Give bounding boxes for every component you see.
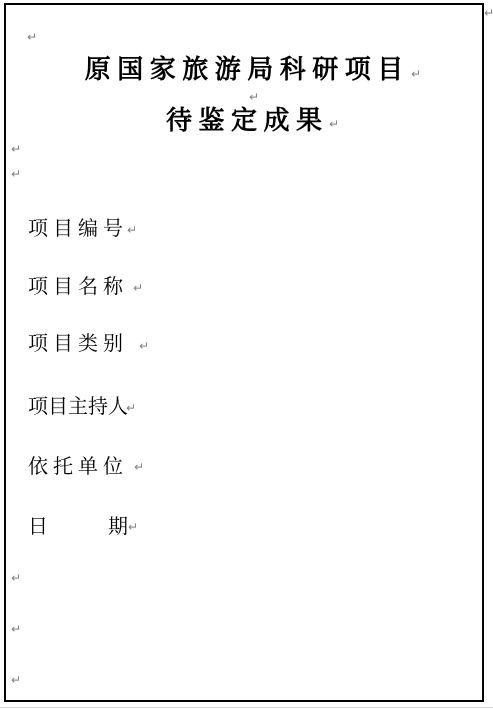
- paragraph-mark-icon: ↵: [139, 340, 149, 352]
- paragraph-mark-icon: ↵: [11, 623, 21, 635]
- field-label-project-name: 项 目 名 称: [28, 277, 123, 297]
- paragraph-mark-icon: ↵: [11, 572, 21, 584]
- paragraph-mark-icon: ↵: [484, 7, 493, 19]
- page-bottom-edge: [0, 707, 493, 708]
- paragraph-mark-icon: ↵: [27, 31, 37, 43]
- field-label-project-category: 项 目 类 别: [28, 334, 123, 354]
- document-title-line-2: 待 鉴 定 成 果: [4, 108, 484, 134]
- paragraph-mark-icon: ↵: [11, 143, 21, 155]
- field-label-date: 日 期: [28, 517, 128, 537]
- paragraph-mark-icon: ↵: [127, 224, 137, 236]
- paragraph-mark-icon: ↵: [329, 118, 339, 130]
- field-label-project-leader: 项目主持人: [28, 397, 128, 417]
- paragraph-mark-icon: ↵: [249, 91, 259, 103]
- field-label-supporting-unit: 依 托 单 位: [28, 457, 123, 477]
- paragraph-mark-icon: ↵: [11, 168, 21, 180]
- paragraph-mark-icon: ↵: [411, 68, 421, 80]
- paragraph-mark-icon: ↵: [126, 402, 136, 414]
- paragraph-mark-icon: ↵: [11, 674, 21, 686]
- paragraph-mark-icon: ↵: [128, 521, 138, 533]
- field-label-project-number: 项 目 编 号: [28, 219, 123, 239]
- document-page: 原 国 家 旅 游 局 科 研 项 目 待 鉴 定 成 果 项 目 编 号 项 …: [0, 0, 493, 710]
- paragraph-mark-icon: ↵: [133, 282, 143, 294]
- paragraph-mark-icon: ↵: [134, 461, 144, 473]
